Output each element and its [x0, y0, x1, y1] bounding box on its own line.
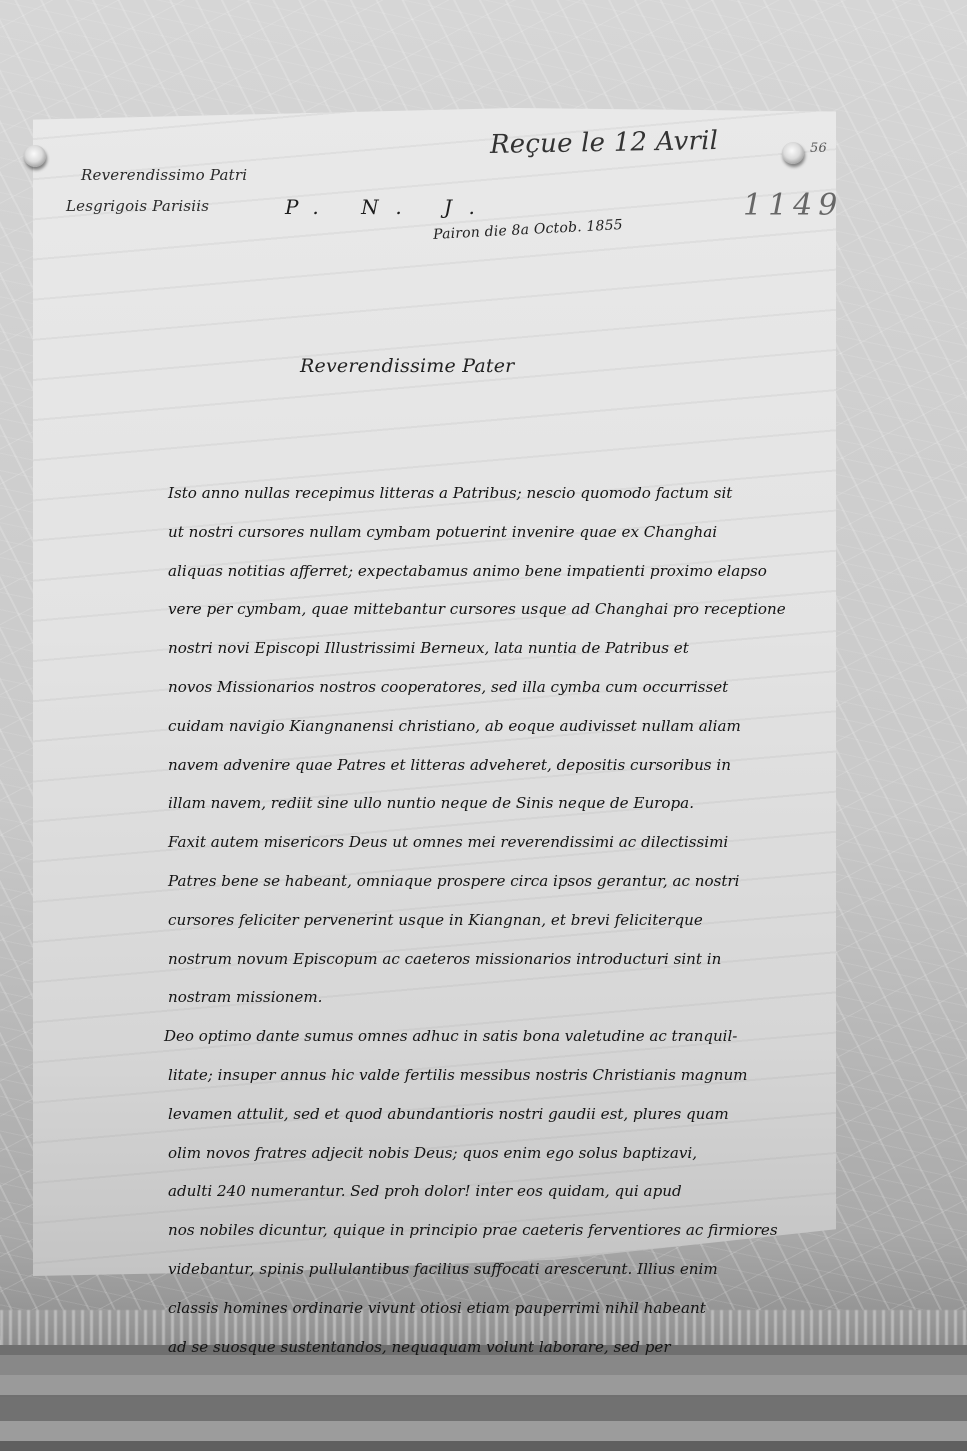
- archive-number: 1149: [743, 188, 843, 223]
- letter-body: Isto anno nullas recepimus litteras a Pa…: [168, 474, 848, 1366]
- body-line: nostri novi Episcopi Illustrissimi Berne…: [168, 629, 840, 668]
- salutation: Reverendissime Pater: [300, 355, 514, 377]
- frame-bar: [0, 1375, 967, 1395]
- body-line: novos Missionarios nostros cooperatores,…: [168, 668, 840, 707]
- body-line: navem advenire quae Patres et litteras a…: [168, 746, 840, 785]
- body-line: videbantur, spinis pullulantibus faciliu…: [168, 1250, 840, 1289]
- mounting-pin-icon: [782, 142, 804, 164]
- signature-initials: P. N. J.: [285, 195, 493, 219]
- body-line: illam navem, rediit sine ullo nuntio neq…: [168, 784, 840, 823]
- received-note: Reçue le 12 Avril: [490, 126, 719, 160]
- mounting-pin-icon: [24, 145, 46, 167]
- body-line: litate; insuper annus hic valde fertilis…: [168, 1056, 840, 1095]
- addressee-line-1: Reverendissimo Patri: [81, 166, 247, 184]
- body-line: classis homines ordinarie vivunt otiosi …: [168, 1289, 840, 1328]
- frame-bar: [0, 1421, 967, 1441]
- body-line: adulti 240 numerantur. Sed proh dolor! i…: [168, 1172, 840, 1211]
- body-line: Isto anno nullas recepimus litteras a Pa…: [168, 474, 840, 513]
- body-line: cursores feliciter pervenerint usque in …: [168, 901, 840, 940]
- body-line: nostrum novum Episcopum ac caeteros miss…: [168, 940, 840, 979]
- addressee-line-2: Lesgrigois Parisiis: [66, 197, 209, 215]
- body-line: Patres bene se habeant, omniaque prosper…: [168, 862, 840, 901]
- frame-bar: [0, 1441, 967, 1451]
- frame-bar: [0, 1397, 967, 1421]
- body-line: nos nobiles dicuntur, quique in principi…: [168, 1211, 840, 1250]
- body-line: Deo optimo dante sumus omnes adhuc in sa…: [164, 1017, 836, 1056]
- body-line: nostram missionem.: [168, 978, 840, 1017]
- body-line: olim novos fratres adjecit nobis Deus; q…: [168, 1134, 840, 1173]
- body-line: cuidam navigio Kiangnanensi christiano, …: [168, 707, 840, 746]
- body-line: Faxit autem misericors Deus ut omnes mei…: [168, 823, 840, 862]
- body-line: ut nostri cursores nullam cymbam potueri…: [168, 513, 840, 552]
- body-line: ad se suosque sustentandos, nequaquam vo…: [168, 1328, 840, 1367]
- body-line: levamen attulit, sed et quod abundantior…: [168, 1095, 840, 1134]
- body-line: aliquas notitias afferret; expectabamus …: [168, 552, 840, 591]
- received-year: 56: [810, 141, 827, 156]
- body-line: vere per cymbam, quae mittebantur cursor…: [168, 590, 840, 629]
